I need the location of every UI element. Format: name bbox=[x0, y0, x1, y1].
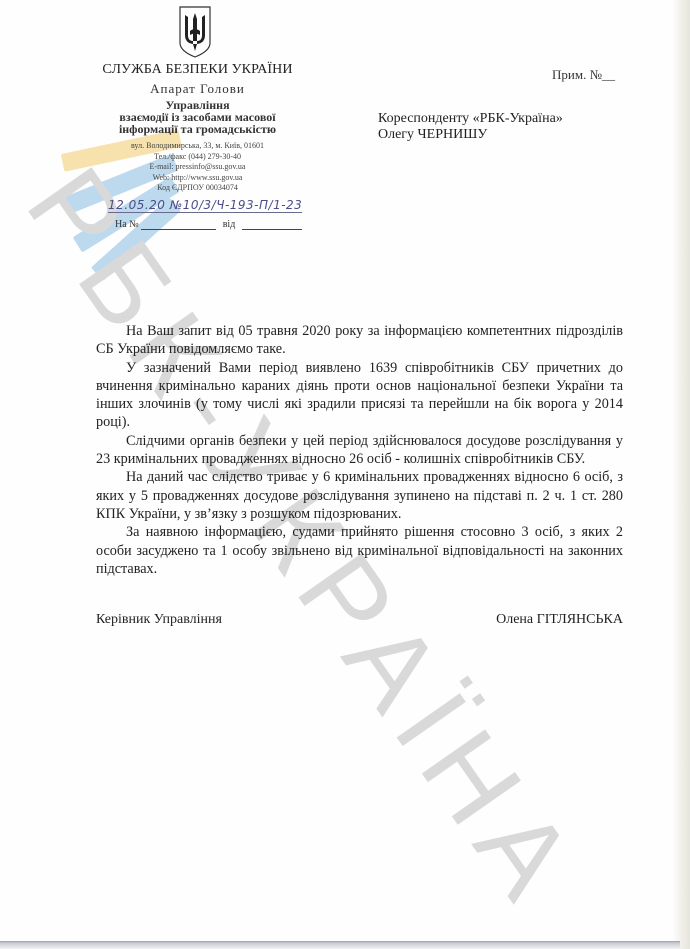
body-paragraph: На Ваш запит від 05 травня 2020 року за … bbox=[96, 322, 623, 359]
website: Web: http://www.ssu.gov.ua bbox=[90, 173, 305, 184]
addressee-line: Кореспонденту «РБК-Україна» bbox=[378, 111, 563, 127]
organization-name: СЛУЖБА БЕЗПЕКИ УКРАЇНИ bbox=[90, 62, 305, 78]
addressee-line: Олегу ЧЕРНИШУ bbox=[378, 127, 563, 143]
department-line: інформації та громадськістю bbox=[90, 123, 305, 135]
letter-body: На Ваш запит від 05 травня 2020 року за … bbox=[96, 322, 623, 578]
ukraine-trident-emblem-icon bbox=[177, 5, 213, 59]
body-paragraph: За наявною інформацією, судами прийнято … bbox=[96, 523, 623, 578]
reply-date-blank bbox=[242, 219, 302, 230]
edrpou-code: Код ЄДРПОУ 00034074 bbox=[90, 183, 305, 194]
reply-reference: На № від bbox=[115, 219, 302, 230]
signatory-name: Олена ГІТЛЯНСЬКА bbox=[496, 612, 623, 628]
department-name: Управління взаємодії із засобами масової… bbox=[90, 99, 305, 135]
contact-details: вул. Володимирська, 33, м. Київ, 01601 Т… bbox=[90, 141, 305, 194]
address: вул. Володимирська, 33, м. Київ, 01601 bbox=[90, 141, 305, 152]
reply-number-blank bbox=[141, 219, 216, 230]
letterhead: СЛУЖБА БЕЗПЕКИ УКРАЇНИ Апарат Голови Упр… bbox=[90, 62, 305, 194]
addressee: Кореспонденту «РБК-Україна» Олегу ЧЕРНИШ… bbox=[378, 111, 563, 143]
apparatus-name: Апарат Голови bbox=[90, 81, 305, 97]
reply-date-label: від bbox=[223, 219, 236, 230]
reply-number-label: На № bbox=[115, 219, 139, 230]
scanned-letter-page: РБК-УКРАЇНА СЛУЖБА БЕЗПЕКИ УКРАЇНИ Апара… bbox=[0, 0, 690, 949]
email: E-mail: pressinfo@ssu.gov.ua bbox=[90, 162, 305, 173]
signatory-position: Керівник Управління bbox=[96, 612, 222, 628]
phone: Тел./факс (044) 279-30-40 bbox=[90, 152, 305, 163]
outgoing-reference-handwritten: 12.05.20 №10/3/Ч-193-П/1-23 bbox=[108, 198, 302, 213]
signature-block: Керівник Управління Олена ГІТЛЯНСЬКА bbox=[96, 612, 623, 628]
body-paragraph: У зазначений Вами період виявлено 1639 с… bbox=[96, 359, 623, 432]
body-paragraph: На даний час слідство триває у 6 криміна… bbox=[96, 468, 623, 523]
body-paragraph: Слідчими органів безпеки у цей період зд… bbox=[96, 432, 623, 469]
copy-mark: Прим. №__ bbox=[552, 67, 615, 83]
